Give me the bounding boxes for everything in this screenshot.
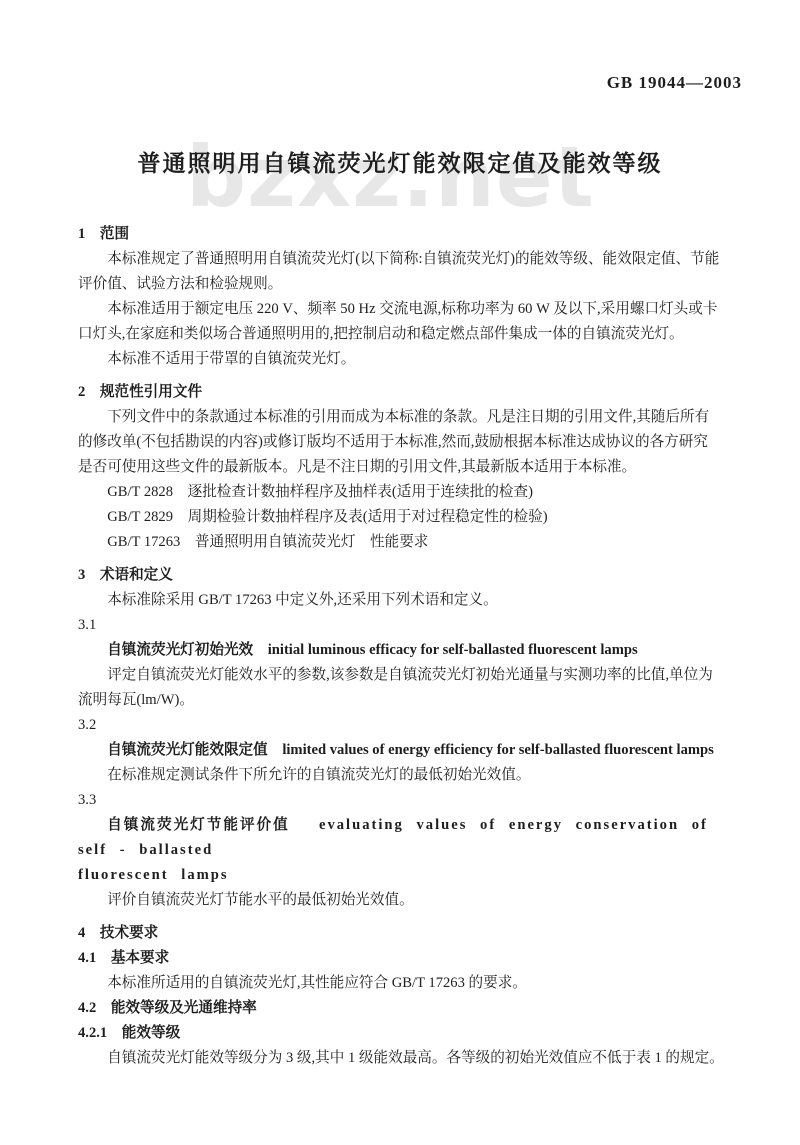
clause-3-3-term: 自镇流荧光灯节能评价值 evaluating values of energy … [78, 813, 730, 888]
section-2-heading: 2 规范性引用文件 [78, 380, 730, 405]
clause-3-1-definition: 评定自镇流荧光灯能效水平的参数,该参数是自镇流荧光灯初始光通量与实测功率的比值,… [78, 663, 730, 713]
document-content: GB 19044—2003 普通照明用自镇流荧光灯能效限定值及能效等级 1 范围… [0, 0, 800, 1071]
section-1-para-2: 本标准适用于额定电压 220 V、频率 50 Hz 交流电源,标称功率为 60 … [78, 297, 730, 347]
clause-3-2-definition: 在标准规定测试条件下所允许的自镇流荧光灯的最低初始光效值。 [78, 763, 730, 788]
document-page: bzxz.net GB 19044—2003 普通照明用自镇流荧光灯能效限定值及… [0, 0, 800, 1145]
reference-gbt-2828: GB/T 2828 逐批检查计数抽样程序及抽样表(适用于连续批的检查) [78, 480, 730, 505]
clause-4-2-1-heading: 4.2.1 能效等级 [78, 1021, 730, 1046]
clause-3-3-definition: 评价自镇流荧光灯节能水平的最低初始光效值。 [78, 888, 730, 913]
reference-gbt-2829: GB/T 2829 周期检验计数抽样程序及表(适用于对过程稳定性的检验) [78, 505, 730, 530]
section-3-intro: 本标准除采用 GB/T 17263 中定义外,还采用下列术语和定义。 [78, 588, 730, 613]
section-1-para-3: 本标准不适用于带罩的自镇流荧光灯。 [78, 347, 730, 372]
document-body: 1 范围 本标准规定了普通照明用自镇流荧光灯(以下简称:自镇流荧光灯)的能效等级… [0, 222, 800, 1071]
clause-3-2-term: 自镇流荧光灯能效限定值 limited values of energy eff… [78, 738, 730, 763]
clause-3-3-number: 3.3 [78, 788, 730, 813]
section-2-para-1: 下列文件中的条款通过本标准的引用而成为本标准的条款。凡是注日期的引用文件,其随后… [78, 405, 730, 480]
section-1-heading: 1 范围 [78, 222, 730, 247]
section-1-para-1: 本标准规定了普通照明用自镇流荧光灯(以下简称:自镇流荧光灯)的能效等级、能效限定… [78, 247, 730, 297]
section-4-heading: 4 技术要求 [78, 921, 730, 946]
standard-number: GB 19044—2003 [0, 0, 800, 93]
clause-4-1-para: 本标准所适用的自镇流荧光灯,其性能应符合 GB/T 17263 的要求。 [78, 971, 730, 996]
page-title: 普通照明用自镇流荧光灯能效限定值及能效等级 [0, 145, 800, 178]
section-3-heading: 3 术语和定义 [78, 563, 730, 588]
reference-gbt-17263: GB/T 17263 普通照明用自镇流荧光灯 性能要求 [78, 530, 730, 555]
clause-4-1-heading: 4.1 基本要求 [78, 946, 730, 971]
clause-4-2-heading: 4.2 能效等级及光通维持率 [78, 996, 730, 1021]
clause-4-2-1-para: 自镇流荧光灯能效等级分为 3 级,其中 1 级能效最高。各等级的初始光效值应不低… [78, 1046, 730, 1071]
clause-3-2-number: 3.2 [78, 713, 730, 738]
clause-3-1-term: 自镇流荧光灯初始光效 initial luminous efficacy for… [78, 638, 730, 663]
clause-3-1-number: 3.1 [78, 613, 730, 638]
